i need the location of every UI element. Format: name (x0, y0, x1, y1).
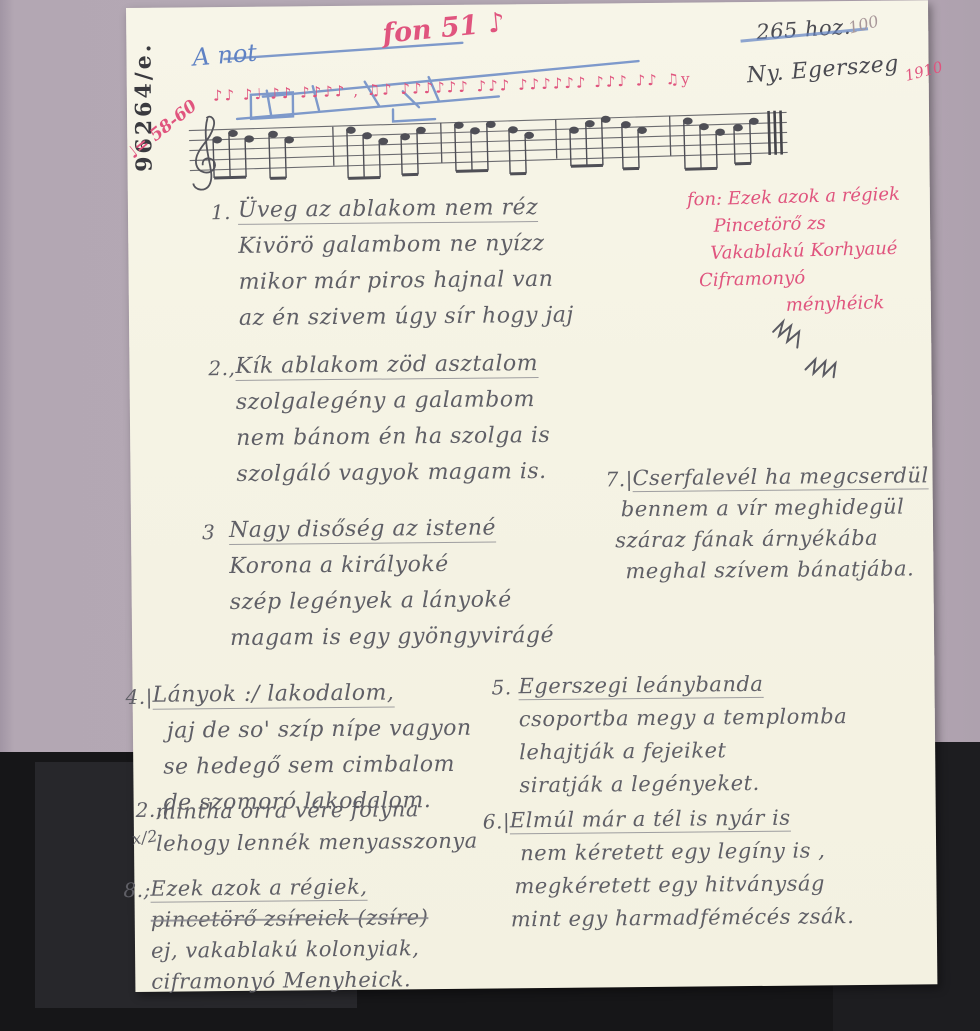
verse-6: 6.| Elmúl már a tél is nyár is nem kéret… (510, 801, 855, 936)
verse-line: Kivörö galambom ne nyízz (238, 226, 573, 265)
pink-margin-note: fon: Ezek azok a régiek Pincetörő zs Vak… (687, 181, 904, 322)
verse-line: Lányok :/ lakodalom, (152, 680, 394, 709)
pink-note-line: ményhéick (785, 289, 903, 319)
verse-line: lehogy lennék menyasszonya (156, 825, 478, 860)
verse-line: siratják a legényeket. (519, 766, 848, 802)
verse-line: Cserfalevél ha megcserdül (632, 463, 928, 492)
verse-line: Elmúl már a tél is nyár is (510, 806, 791, 835)
verse-line: ej, vakablakú kolonyiak, (151, 933, 429, 967)
pink-note-line: fon: Ezek azok a régiek (687, 181, 901, 214)
verse-line: Korona a királyoké (229, 546, 553, 585)
verse-number: 3 (202, 514, 216, 550)
verse-line: ciframonyó Menyheick. (151, 964, 429, 998)
pencil-squiggle-marks (767, 317, 868, 384)
verse-line: nem bánom én ha szolga is (236, 418, 550, 457)
verse-line: magam is egy gyöngyvirágé (230, 618, 554, 657)
verse-number: 5. (491, 671, 511, 704)
verse-line: szép legények a lányoké (230, 582, 554, 621)
verse-line: mint egy harmadfémécés zsák. (511, 900, 855, 936)
verse-line: száraz fának árnyékába (615, 522, 929, 556)
manuscript-page: 96264/e. A not fon 51 ♪ 265 hoz. 10 (126, 0, 937, 992)
verse-line: jaj de so' szíp nípe vagyon (167, 711, 472, 750)
verse-line: Üveg az ablakom nem réz (238, 195, 538, 225)
verse-line: mintha orra vére folyna (156, 793, 478, 828)
verse-number: 4.| (125, 679, 153, 715)
corner-page-number: 100 (846, 11, 880, 37)
scanned-manuscript-photo: 96264/e. A not fon 51 ♪ 265 hoz. 10 (0, 0, 980, 1031)
verse-3: 3 Nagy disőség az istené Korona a király… (229, 510, 554, 657)
verse-number: 7.| (605, 464, 633, 495)
verse-line: szolgalegény a galambom (236, 382, 550, 421)
verse-number: 1. (211, 194, 231, 230)
music-staff (172, 90, 802, 199)
verse-number: 6.| (483, 805, 511, 838)
verse-line: se hedegő sem cimbalom (163, 747, 472, 786)
pink-note-line: Vakablakú Korhyaué (710, 235, 902, 267)
verse-line: mikor már piros hajnal van (238, 262, 573, 301)
verse-2: 2., Kík ablakom zöd asztalom szolgalegén… (235, 346, 551, 493)
verse-line: csoportba megy a templomba (519, 700, 848, 736)
verse-line: szolgáló vagyok magam is. (236, 454, 550, 493)
verse-line: az én szivem úgy sír hogy jaj (239, 298, 574, 337)
verse-line: lehajtják a fejeiket (519, 733, 848, 769)
verse-8: 8.; Ezek azok a régiek, pincetörő zsírei… (150, 871, 429, 998)
verse-5: 5. Egerszegi leánybanda csoportba megy a… (518, 667, 848, 802)
verse-line: megkéretett egy hitványság (514, 867, 854, 903)
verse-7: 7.| Cserfalevél ha megcserdül bennem a v… (632, 460, 929, 587)
verse-1: 1. Üveg az ablakom nem réz Kivörö galamb… (238, 190, 574, 337)
verse-line: Ezek azok a régiek, (150, 875, 367, 903)
verse-line: Kík ablakom zöd asztalom (235, 351, 538, 381)
verse-line: bennem a vír meghidegül (621, 491, 929, 525)
verse-line: nem kéretett egy legíny is , (520, 834, 854, 870)
verse-number: 2., (208, 350, 235, 386)
verse-line: meghal szívem bánatjába. (625, 553, 929, 587)
verse-line: Egerszegi leánybanda (518, 672, 763, 700)
verse-line-struck: pincetörő zsíreick (zsíre) (151, 905, 429, 932)
couplet-note: 2.,( x/2 mintha orra vére folyna lehogy … (156, 793, 478, 860)
treble-clef-icon (191, 117, 215, 190)
verse-line: Nagy disőség az istené (229, 515, 496, 545)
verse-number: 8.; (123, 875, 151, 906)
couplet-mark-bottom: x/2 (130, 820, 161, 856)
